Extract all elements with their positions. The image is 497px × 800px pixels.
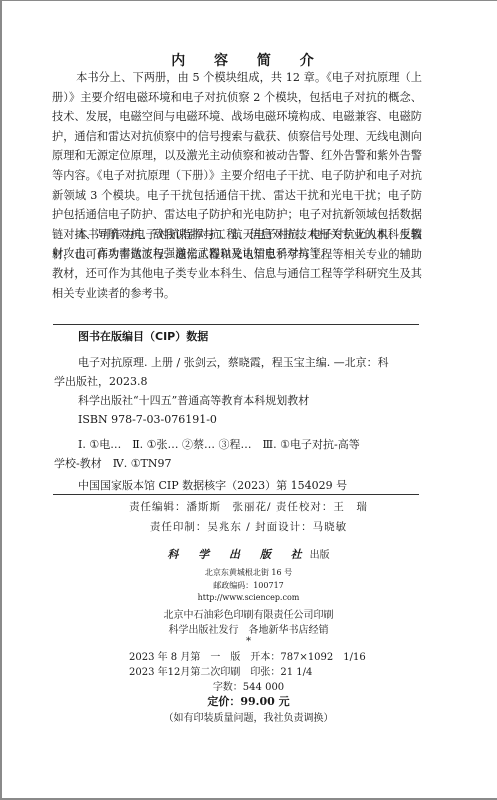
cip-entry-line-2: 学出版社，2023.8	[54, 374, 148, 390]
publisher-name-suffix: 出版	[310, 550, 330, 561]
cip-heading: 图书在版编目（CIP）数据	[78, 328, 208, 344]
publisher-website: http://www.sciencep.com	[0, 593, 497, 602]
cip-bottom-divider	[53, 494, 419, 495]
cip-entry-line-1: 电子对抗原理. 上册 / 张剑云，蔡晓霞，程玉宝主编. —北京：科	[78, 355, 389, 371]
edition-first: 2023 年 8 月第 一 版 开本：787×1092 1/16	[129, 648, 366, 663]
credits-print-design: 责任印制：吴兆东 / 封面设计：马晓敏	[0, 519, 497, 534]
publisher-postcode: 邮政编码：100717	[0, 580, 497, 591]
credits-editors: 责任编辑：潘斯斯 张丽花/ 责任校对：王 瑞	[0, 499, 497, 514]
cip-top-divider	[53, 324, 419, 325]
intro-title: 内 容 简 介	[0, 50, 497, 70]
word-count: 字数：544 000	[0, 678, 497, 693]
quality-notice: （如有印装质量问题，我社负责调换）	[0, 709, 497, 724]
edition-second: 2023 年12月第二次印刷 印张：21 1/4	[129, 663, 312, 678]
cip-isbn: ISBN 978-7-03-076191-0	[78, 412, 217, 428]
publisher-name: 科 学 出 版 社	[167, 548, 309, 561]
cip-series: 科学出版社“十四五”普通高等教育本科规划教材	[78, 393, 309, 409]
distribution: 科学出版社发行 各地新华书店经销	[0, 621, 497, 636]
star-separator: *	[0, 636, 497, 647]
intro-paragraph-2: 本书可作为电子对抗指挥与工程、信息对抗技术相关专业的本科生教材，也可作为雷达工程…	[52, 225, 422, 303]
cip-class-line-2: 学校-教材 Ⅳ. ①TN97	[54, 456, 172, 472]
printer: 北京中石油彩色印刷有限责任公司印刷	[0, 606, 497, 621]
cip-class-line-1: Ⅰ. ①电… Ⅱ. ①张… ②蔡… ③程… Ⅲ. ①电子对抗-高等	[78, 437, 360, 453]
intro-paragraph-2-text: 本书可作为电子对抗指挥与工程、信息对抗技术相关专业的本科生教材，也可作为雷达工程…	[52, 228, 422, 300]
publisher-line: 科 学 出 版 社出版	[0, 546, 497, 562]
publisher-address: 北京东黄城根北街 16 号	[0, 567, 497, 578]
price: 定价：99.00 元	[0, 693, 497, 709]
cip-number: 中国国家版本馆 CIP 数据核字（2023）第 154029 号	[78, 478, 347, 494]
